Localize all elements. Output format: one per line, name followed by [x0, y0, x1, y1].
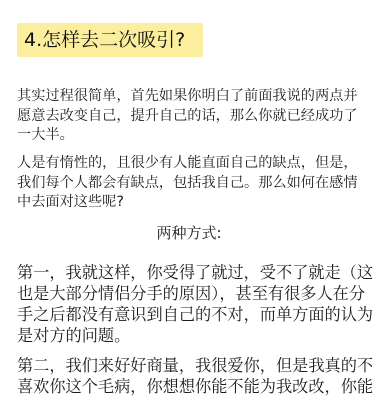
text-line: 人是有惰性的，且很少有人能直面自己的缺点，但是， — [17, 154, 362, 174]
text-line: 一大半。 — [17, 126, 362, 146]
text-line: 也是大部分情侣分手的原因），甚至有很多人在分 — [17, 283, 362, 304]
text-line: 喜欢你这个毛病，你想想你能不能为我改改，你能 — [17, 376, 362, 397]
paragraph-inertia: 人是有惰性的，且很少有人能直面自己的缺点，但是， 我们每个人都会有缺点，包括我自… — [17, 154, 362, 213]
text-line: 其实过程很简单，首先如果你明白了前面我说的两点并 — [17, 87, 362, 107]
text-line: 第二，我们来好好商量，我很爱你，但是我真的不 — [17, 355, 362, 376]
text-line: 我们每个人都会有缺点，包括我自己。那么如何在感情 — [17, 174, 362, 194]
text-line: 中去面对这些呢? — [17, 193, 362, 213]
text-line: 是对方的问题。 — [17, 325, 362, 346]
subheading: 两种方式: — [0, 222, 378, 244]
method-one: 第一，我就这样，你受得了就过，受不了就走（这 也是大部分情侣分手的原因），甚至有… — [17, 262, 362, 346]
text-line: 手之后都没有意识到自己的不对，而单方面的认为 — [17, 304, 362, 325]
method-two: 第二，我们来好好商量，我很爱你，但是我真的不 喜欢你这个毛病，你想想你能不能为我… — [17, 355, 362, 397]
section-heading: 4.怎样去二次吸引? — [24, 26, 185, 54]
paragraph-intro: 其实过程很简单，首先如果你明白了前面我说的两点并 愿意去改变自己，提升自己的话，… — [17, 87, 362, 146]
text-line: 愿意去改变自己，提升自己的话，那么你就已经成功了 — [17, 107, 362, 127]
text-line: 第一，我就这样，你受得了就过，受不了就走（这 — [17, 262, 362, 283]
